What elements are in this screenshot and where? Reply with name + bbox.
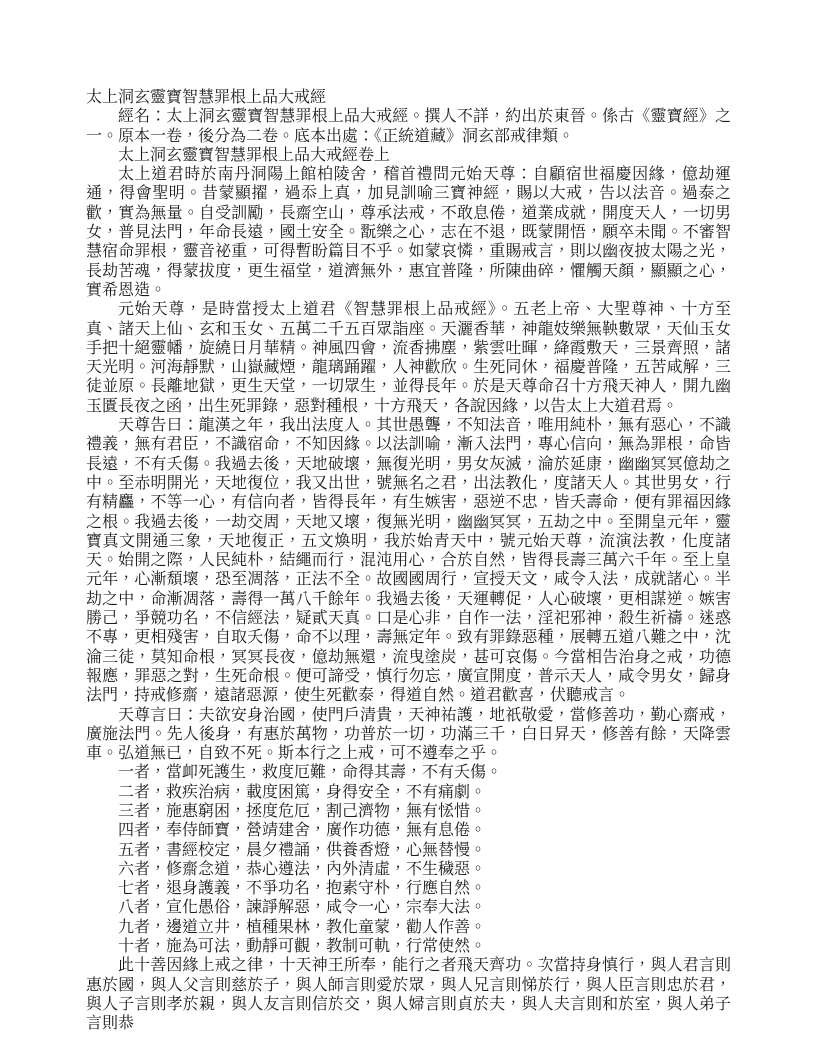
precept-item: 九者，邊道立井，植種果林，教化童蒙，勸人作善。 — [86, 918, 731, 937]
body-paragraph: 元始天尊，是時當授太上道君《智慧罪根上品戒經》。五老上帝、大聖尊神、十方至真、諸… — [86, 300, 731, 416]
colophon-paragraph: 經名：太上洞玄靈寶智慧罪根上品大戒經。撰人不詳，約出於東晉。係古《靈寶經》之一。… — [86, 107, 731, 146]
precept-item: 三者，施惠窮困，拯度危厄，割己濟物，無有恡惜。 — [86, 802, 731, 821]
precept-item: 六者，修齋念道，恭心遵法，內外清虛，不生穢惡。 — [86, 860, 731, 879]
precept-item: 八者，宣化愚俗，諫諍解惡，咸令一心，宗奉大法。 — [86, 898, 731, 917]
volume-heading: 太上洞玄靈寶智慧罪根上品大戒經卷上 — [86, 146, 731, 165]
precept-item: 四者，奉侍師寶，營靖建舍，廣作功德，無有息倦。 — [86, 821, 731, 840]
precept-item: 二者，救疾治病，載度困篤，身得安全，不有痛劇。 — [86, 783, 731, 802]
body-paragraph: 天尊言曰：夫欲安身治國，使門戶清貴，天神祐護，地祇敬愛，當修善功，勤心齋戒，廣施… — [86, 706, 731, 764]
document-page: 太上洞玄靈寶智慧罪根上品大戒經 經名：太上洞玄靈寶智慧罪根上品大戒經。撰人不詳，… — [0, 0, 816, 1056]
body-paragraph: 太上道君時於南丹洞陽上館柏陵舍，稽首禮問元始天尊：自顧宿世福慶因緣，億劫運通，得… — [86, 165, 731, 300]
precept-item: 一者，當卹死護生，救度厄難，命得其壽，不有夭傷。 — [86, 763, 731, 782]
precept-item: 七者，退身護義，不爭功名，抱素守朴，行應自然。 — [86, 879, 731, 898]
body-paragraph: 天尊告曰：龍漢之年，我出法度人。其世愚聾，不知法音，唯用純朴，無有惡心，不識禮義… — [86, 416, 731, 705]
precept-item: 五者，書經校定，晨夕禮誦，供養香燈，心無替慢。 — [86, 841, 731, 860]
precept-item: 十者，施為可法，動靜可觀，教制可軌，行常使然。 — [86, 937, 731, 956]
document-title: 太上洞玄靈寶智慧罪根上品大戒經 — [86, 88, 731, 107]
closing-paragraph: 此十善因緣上戒之律，十天神王所奉，能行之者飛天齊功。次當持身慎行，與人君言則惠於… — [86, 956, 731, 1033]
